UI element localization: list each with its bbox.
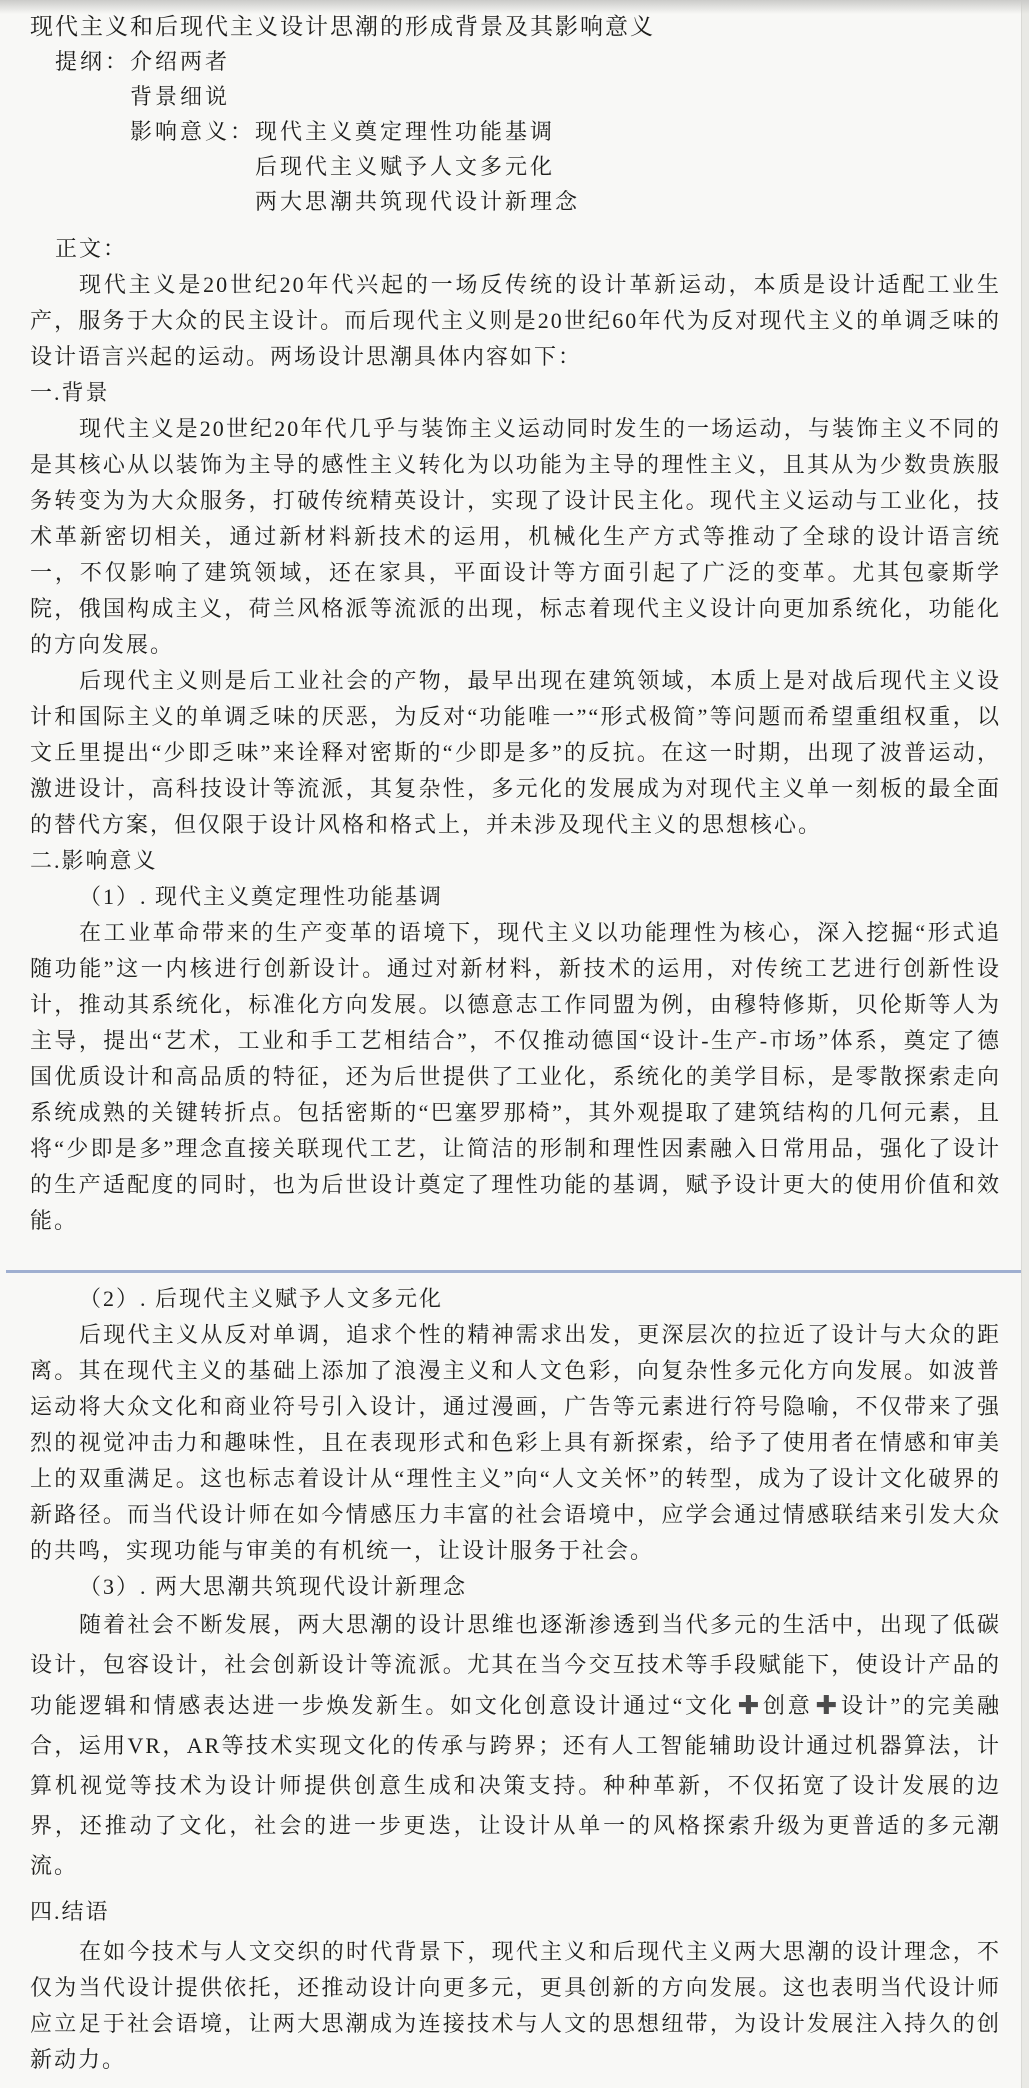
outline-row: 影响意义：现代主义奠定理性功能基调	[30, 114, 1001, 149]
subsection-2-paragraph: 后现代主义从反对单调，追求个性的精神需求出发，更深层次的拉近了设计与大众的距离。…	[30, 1317, 1001, 1569]
section-1-paragraph-1: 现代主义是20世纪20年代几乎与装饰主义运动同时发生的一场运动，与装饰主义不同的…	[30, 411, 1001, 663]
document-screenshot: { "document": { "title": "现代主义和后现代主义设计思潮…	[0, 0, 1029, 2088]
outline-impact-item-3: 两大思潮共筑现代设计新理念	[30, 184, 1001, 219]
outline-item-intro: 介绍两者	[130, 49, 230, 74]
outline-impact-item-1: 现代主义奠定理性功能基调	[255, 119, 555, 144]
section-4-heading: 四.结语	[30, 1894, 1001, 1930]
subsection-1-heading: （1）. 现代主义奠定理性功能基调	[30, 879, 1001, 915]
outline-row: 提纲：介绍两者	[30, 44, 1001, 79]
paragraph-text: 创意	[763, 1693, 812, 1718]
subsection-2-heading: （2）. 后现代主义赋予人文多元化	[30, 1281, 1001, 1317]
plus-icon: ✚	[815, 1691, 838, 1721]
section-1-paragraph-2: 后现代主义则是后工业社会的产物，最早出现在建筑领域，本质上是对战后现代主义设计和…	[30, 663, 1001, 843]
conclusion-paragraph: 在如今技术与人文交织的时代背景下，现代主义和后现代主义两大思潮的设计理念，不仅为…	[30, 1934, 1001, 2078]
word-document-view: 现代主义和后现代主义设计思潮的形成背景及其影响意义 提纲：介绍两者 背景细说 影…	[0, 0, 1029, 2088]
subsection-1-paragraph: 在工业革命带来的生产变革的语境下，现代主义以功能理性为核心，深入挖掘“形式追随功…	[30, 915, 1001, 1239]
section-1-heading: 一.背景	[30, 375, 1001, 411]
plus-icon: ✚	[737, 1691, 760, 1721]
section-2-heading: 二.影响意义	[30, 843, 1001, 879]
paragraph-text: 设计”的完美融合，运用VR，AR等技术实现文化的传承与跨界；还有人工智能辅助设计…	[30, 1693, 1001, 1878]
subsection-3-heading: （3）. 两大思潮共筑现代设计新理念	[30, 1569, 1001, 1605]
outline-label: 提纲：	[55, 49, 130, 74]
subsection-3-paragraph: 随着社会不断发展，两大思潮的设计思维也逐渐渗透到当代多元的生活中，出现了低碳设计…	[30, 1605, 1001, 1886]
outline-impact-label: 影响意义：	[130, 119, 255, 144]
page-right-edge	[1021, 0, 1029, 2088]
page-1: 现代主义和后现代主义设计思潮的形成背景及其影响意义 提纲：介绍两者 背景细说 影…	[0, 0, 1029, 1270]
document-title: 现代主义和后现代主义设计思潮的形成背景及其影响意义	[30, 10, 1001, 44]
page-2: （2）. 后现代主义赋予人文多元化 后现代主义从反对单调，追求个性的精神需求出发…	[0, 1273, 1029, 2078]
top-edge-shadow	[0, 0, 1029, 14]
outline-item-background: 背景细说	[30, 79, 1001, 114]
intro-paragraph: 现代主义是20世纪20年代兴起的一场反传统的设计革新运动，本质是设计适配工业生产…	[30, 267, 1001, 375]
outline-block: 提纲：介绍两者 背景细说 影响意义：现代主义奠定理性功能基调 后现代主义赋予人文…	[30, 44, 1001, 219]
outline-impact-item-2: 后现代主义赋予人文多元化	[30, 149, 1001, 184]
body-label: 正文：	[30, 231, 1001, 267]
